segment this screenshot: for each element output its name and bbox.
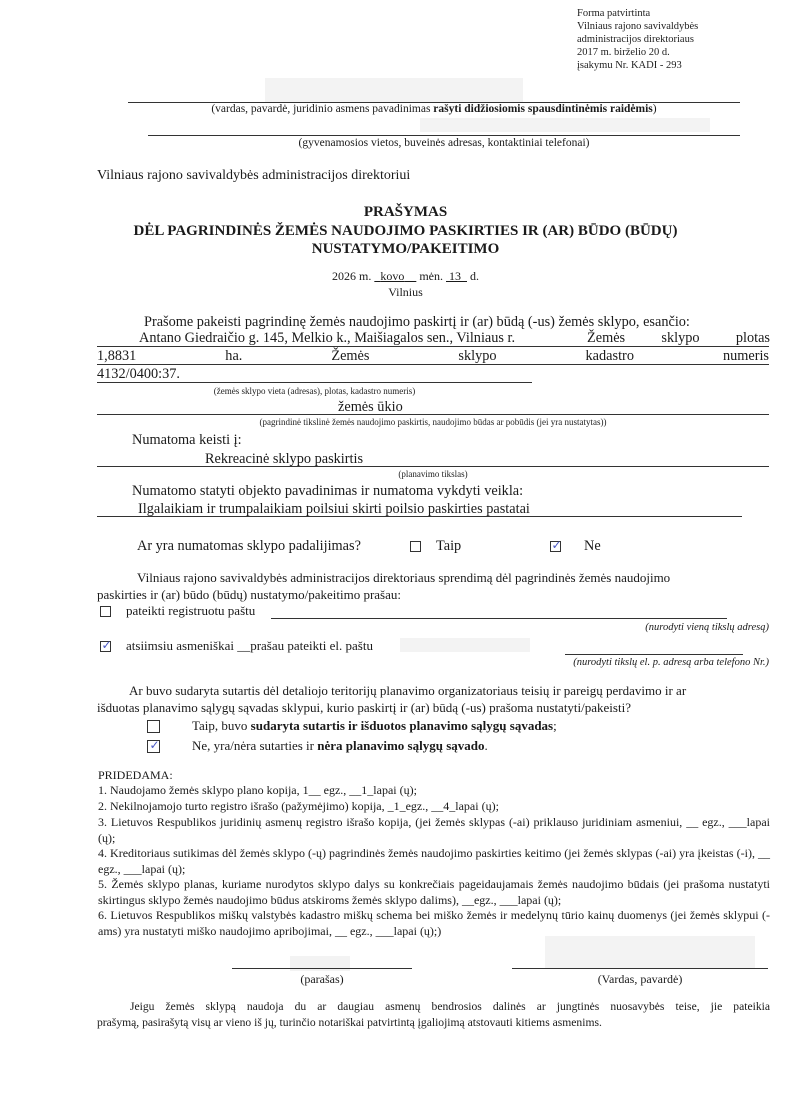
cadastre-number[interactable]: 4132/0400:37.: [97, 366, 180, 383]
header-line: 2017 m. birželio 20 d.: [577, 46, 698, 59]
plot-area-label: Žemėssklypoplotas: [587, 330, 770, 347]
contract-no-checkbox[interactable]: ✓: [147, 740, 160, 753]
email-pickup-label: atsiimsiu asmeniškai __prašau pateikti e…: [126, 638, 373, 654]
object-label: Numatomo statyti objekto pavadinimas ir …: [132, 483, 523, 500]
contract-yes-label: Taip, buvo sudaryta sutartis ir išduotos…: [192, 718, 557, 734]
checkmark-icon: ✓: [101, 638, 112, 652]
header-line: įsakymu Nr. KADI - 293: [577, 59, 698, 72]
request-intro: Prašome pakeisti pagrindinę žemės naudoj…: [144, 314, 690, 331]
registered-mail-label: pateikti registruotu paštu: [126, 603, 255, 619]
division-yes-label: Taip: [436, 538, 461, 555]
attachment-item: 4. Kreditoriaus sutikimas dėl žemės skly…: [98, 846, 770, 877]
signature-line[interactable]: [232, 968, 412, 969]
redacted-name: [545, 936, 755, 968]
email-line[interactable]: [565, 654, 743, 655]
division-no-label: Ne: [584, 538, 601, 555]
attachments-heading: PRIDEDAMA:: [98, 768, 173, 783]
division-yes-checkbox[interactable]: [410, 541, 421, 552]
delivery-intro-2: paskirties ir (ar) būdo (būdų) nustatymo…: [97, 587, 401, 603]
current-purpose-caption: (pagrindinė tikslinė žemės naudojimo pas…: [97, 417, 769, 427]
header-line: Forma patvirtinta: [577, 7, 698, 20]
form-approval-header: Forma patvirtinta Vilniaus rajono saviva…: [577, 7, 698, 72]
footnote-line-2: prašymą, pasirašytą visų ar vieno iš jų,…: [97, 1016, 602, 1029]
division-question: Ar yra numatomas sklypo padalijimas?: [137, 538, 361, 555]
date-day[interactable]: 13: [446, 269, 467, 283]
email-pickup-checkbox[interactable]: ✓: [100, 641, 111, 652]
date-place: Vilnius: [0, 285, 811, 300]
signature-caption: (parašas): [232, 972, 412, 987]
document-title: PRAŠYMAS: [0, 203, 811, 222]
location-caption: (žemės sklypo vieta (adresas), plotas, k…: [97, 386, 532, 396]
new-purpose[interactable]: Rekreacinė sklypo paskirtis: [205, 451, 363, 468]
plot-area-row: 1,8831 ha. Žemės sklypo kadastro numeris: [97, 348, 769, 365]
contract-question-1: Ar buvo sudaryta sutartis dėl detaliojo …: [129, 683, 686, 699]
document-subtitle-2: NUSTATYMO/PAKEITIMO: [0, 240, 811, 259]
attachment-item: 1. Naudojamo žemės sklypo plano kopija, …: [98, 783, 770, 799]
registered-mail-caption: (nurodyti vieną tikslų adresą): [560, 622, 769, 633]
redacted-applicant-address: [420, 118, 710, 132]
new-purpose-underline: [97, 466, 769, 467]
change-to-label: Numatoma keisti į:: [132, 432, 242, 449]
contract-no-label: Ne, yra/nėra sutarties ir nėra planavimo…: [192, 738, 488, 754]
delivery-intro-1: Vilniaus rajono savivaldybės administrac…: [137, 570, 670, 586]
registered-mail-checkbox[interactable]: [100, 606, 111, 617]
email-caption: (nurodyti tikslų el. p. adresą arba tele…: [500, 657, 769, 668]
document-subtitle: DĖL PAGRINDINĖS ŽEMĖS NAUDOJIMO PASKIRTI…: [0, 222, 811, 241]
name-caption: (Vardas, pavardė): [512, 972, 768, 987]
attachment-item: 6. Lietuvos Respublikos miškų valstybės …: [98, 908, 770, 939]
division-no-checkbox[interactable]: ✓: [550, 541, 561, 552]
applicant-address-line[interactable]: [148, 135, 740, 136]
applicant-address-caption: (gyvenamosios vietos, buveinės adresas, …: [148, 137, 740, 149]
redacted-applicant-name: [265, 78, 523, 102]
name-line[interactable]: [512, 968, 768, 969]
checkmark-icon: ✓: [551, 538, 562, 552]
date-line: 2026 m. kovo mėn. 13 d.: [0, 269, 811, 284]
new-purpose-caption: (planavimo tikslas): [97, 469, 769, 479]
attachment-item: 3. Lietuvos Respublikos juridinių asmenų…: [98, 815, 770, 846]
applicant-name-caption: (vardas, pavardė, juridinio asmens pavad…: [128, 103, 740, 115]
footnote-line-1: Jeigu žemės sklypą naudoja du ar daugiau…: [130, 1000, 770, 1013]
contract-question-2: išduotas planavimo sąlygų sąvadas sklypu…: [97, 700, 631, 716]
header-line: Vilniaus rajono savivaldybės: [577, 20, 698, 33]
date-month[interactable]: kovo: [374, 269, 416, 283]
object-value[interactable]: Ilgalaikiam ir trumpalaikiam poilsiui sk…: [138, 501, 530, 518]
attachment-item: 2. Nekilnojamojo turto registro išrašo (…: [98, 799, 770, 815]
addressee: Vilniaus rajono savivaldybės administrac…: [97, 168, 410, 184]
plot-address[interactable]: Antano Giedraičio g. 145, Melkio k., Mai…: [139, 330, 515, 347]
contract-yes-checkbox[interactable]: [147, 720, 160, 733]
redacted-email: [400, 638, 530, 652]
header-line: administracijos direktoriaus: [577, 33, 698, 46]
checkmark-icon: ✓: [148, 738, 161, 752]
registered-mail-line[interactable]: [271, 618, 727, 619]
attachment-item: 5. Žemės sklypo planas, kuriame nurodyto…: [98, 877, 770, 908]
current-purpose-underline: [97, 414, 769, 415]
plot-area-value[interactable]: 1,8831: [97, 348, 136, 365]
current-purpose[interactable]: žemės ūkio: [338, 399, 403, 416]
